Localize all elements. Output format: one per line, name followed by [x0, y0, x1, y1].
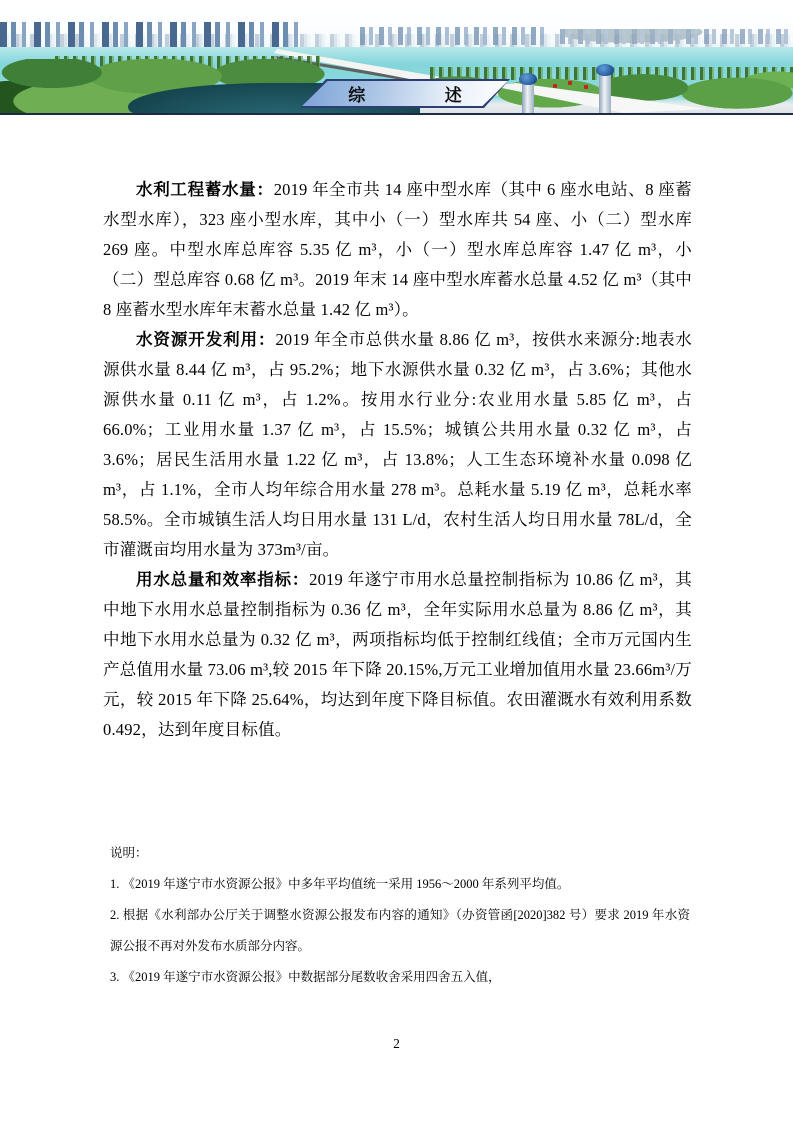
city-skyline-mid-cluster	[360, 27, 550, 45]
paragraph-water-resource-use: 水资源开发利用：2019 年全市总供水量 8.86 亿 m³，按供水来源分:地表…	[103, 325, 692, 565]
header-photo-banner: 综 述	[0, 7, 793, 115]
paragraph-text: 2019 年遂宁市用水总量控制指标为 10.86 亿 m³，其中地下水用水总量控…	[103, 570, 692, 739]
page-number: 2	[0, 1036, 793, 1052]
note-item-2: 2. 根据《水利部办公厅关于调整水资源公报发布内容的通知》（办资管函[2020]…	[110, 900, 690, 962]
tower-dome-icon	[596, 64, 614, 76]
paragraph-text: 2019 年全市共 14 座中型水库（其中 6 座水电站、8 座蓄水型水库），3…	[103, 180, 692, 319]
notes-label: 说明：	[110, 838, 690, 869]
observation-tower-left	[519, 73, 537, 113]
document-page: 综 述 水利工程蓄水量：2019 年全市共 14 座中型水库（其中 6 座水电站…	[0, 0, 793, 1122]
city-skyline-left-cluster	[0, 22, 300, 47]
document-body: 水利工程蓄水量：2019 年全市共 14 座中型水库（其中 6 座水电站、8 座…	[103, 175, 692, 745]
section-title-badge: 综 述	[300, 79, 510, 108]
paragraph-lead: 水资源开发利用：	[136, 331, 275, 349]
red-flag	[553, 84, 557, 88]
tower-body	[599, 72, 611, 113]
section-title: 综 述	[300, 79, 510, 108]
tower-body	[522, 81, 534, 113]
paragraph-text: 2019 年全市总供水量 8.86 亿 m³，按供水来源分:地表水源供水量 8.…	[103, 330, 692, 559]
paragraph-lead: 用水总量和效率指标：	[136, 571, 309, 589]
city-skyline-right-cluster	[560, 29, 793, 44]
paragraph-reservoir-storage: 水利工程蓄水量：2019 年全市共 14 座中型水库（其中 6 座水电站、8 座…	[103, 175, 692, 325]
tower-dome-icon	[519, 73, 537, 85]
red-flag	[568, 81, 572, 85]
notes-section: 说明： 1. 《2019 年遂宁市水资源公报》中多年平均值统一采用 1956～2…	[110, 838, 690, 993]
note-item-3: 3. 《2019 年遂宁市水资源公报》中数据部分尾数收舍采用四舍五入值，	[110, 962, 690, 993]
observation-tower-right	[596, 64, 614, 113]
paragraph-usage-efficiency-indicators: 用水总量和效率指标：2019 年遂宁市用水总量控制指标为 10.86 亿 m³，…	[103, 565, 692, 745]
red-flag	[584, 85, 588, 89]
paragraph-lead: 水利工程蓄水量：	[136, 181, 274, 199]
note-item-1: 1. 《2019 年遂宁市水资源公报》中多年平均值统一采用 1956～2000 …	[110, 869, 690, 900]
